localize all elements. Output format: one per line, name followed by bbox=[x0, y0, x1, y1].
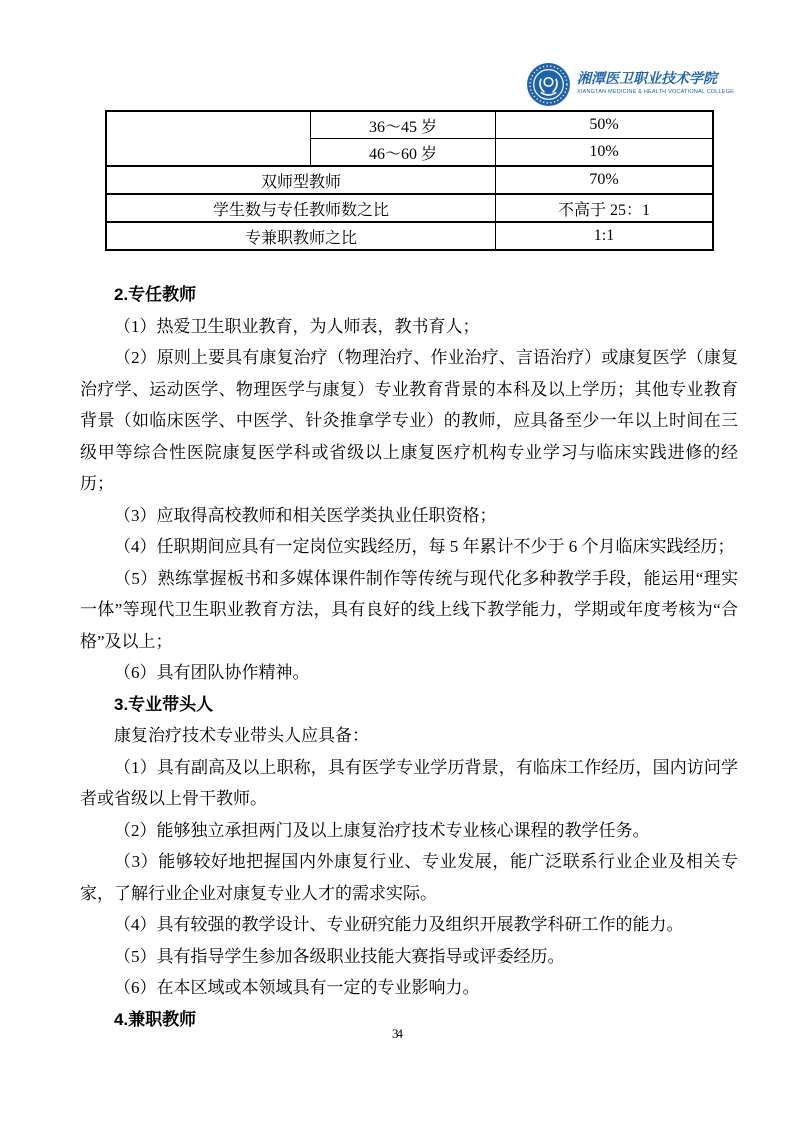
paragraph: （5）熟练掌握板书和多媒体课件制作等传统与现代化多种教学手段，能运用“理实一体”… bbox=[80, 563, 738, 658]
paragraph: （3）应取得高校教师和相关医学类执业任职资格； bbox=[80, 500, 738, 532]
college-emblem-icon bbox=[526, 62, 571, 107]
document-page: 湘潭医卫职业技术学院 XIANGTAN MEDICINE & HEALTH VO… bbox=[0, 0, 793, 1122]
age-value-cell: 50% bbox=[496, 111, 714, 139]
college-name-en: XIANGTAN MEDICINE & HEALTH VOCATIONAL CO… bbox=[577, 88, 734, 96]
section-heading-full-time-teachers: 2.专任教师 bbox=[80, 279, 738, 311]
paragraph: （4）具有较强的教学设计、专业研究能力及组织开展教学科研工作的能力。 bbox=[80, 909, 738, 941]
paragraph: （1）具有副高及以上职称，具有医学专业学历背景，有临床工作经历，国内访问学者或省… bbox=[80, 752, 738, 815]
section-heading-program-leader: 3.专业带头人 bbox=[80, 689, 738, 721]
paragraph: （4）任职期间应具有一定岗位实践经历，每 5 年累计不少于 6 个月临床实践经历… bbox=[80, 531, 738, 563]
document-body: 2.专任教师 （1）热爱卫生职业教育，为人师表，教书育人； （2）原则上要具有康… bbox=[0, 279, 793, 1035]
age-range-cell: 36～45 岁 bbox=[311, 111, 496, 139]
indicator-label-cell: 双师型教师 bbox=[106, 166, 496, 194]
table-row: 专兼职教师之比 1:1 bbox=[106, 222, 713, 250]
paragraph: （3）能够较好地把握国内外康复行业、专业发展，能广泛联系行业企业及相关专家，了解… bbox=[80, 846, 738, 909]
indicator-label-cell: 专兼职教师之比 bbox=[106, 222, 496, 250]
paragraph: （5）具有指导学生参加各级职业技能大赛指导或评委经历。 bbox=[80, 941, 738, 973]
table-row: 学生数与专任教师数之比 不高于 25：1 bbox=[106, 194, 713, 222]
table-row: 双师型教师 70% bbox=[106, 166, 713, 194]
paragraph: （6）具有团队协作精神。 bbox=[80, 657, 738, 689]
paragraph: （2）原则上要具有康复治疗（物理治疗、作业治疗、言语治疗）或康复医学（康复治疗学… bbox=[80, 342, 738, 500]
empty-category-cell bbox=[106, 111, 311, 166]
indicator-value-cell: 70% bbox=[496, 166, 714, 194]
age-value-cell: 10% bbox=[496, 139, 714, 167]
page-number: 34 bbox=[0, 1026, 793, 1042]
indicator-value-cell: 1:1 bbox=[496, 222, 714, 250]
indicator-value-cell: 不高于 25：1 bbox=[496, 194, 714, 222]
paragraph: （2）能够独立承担两门及以上康复治疗技术专业核心课程的教学任务。 bbox=[80, 815, 738, 847]
indicator-label-cell: 学生数与专任教师数之比 bbox=[106, 194, 496, 222]
paragraph: （6）在本区域或本领域具有一定的专业影响力。 bbox=[80, 972, 738, 1004]
college-name-zh: 湘潭医卫职业技术学院 bbox=[577, 72, 734, 88]
paragraph: 康复治疗技术专业带头人应具备： bbox=[80, 720, 738, 752]
college-name-block: 湘潭医卫职业技术学院 XIANGTAN MEDICINE & HEALTH VO… bbox=[577, 72, 734, 96]
teacher-requirements-table: 36～45 岁 50% 46～60 岁 10% 双师型教师 70% 学生数与专任… bbox=[105, 110, 714, 251]
age-range-cell: 46～60 岁 bbox=[311, 139, 496, 167]
college-logo: 湘潭医卫职业技术学院 XIANGTAN MEDICINE & HEALTH VO… bbox=[526, 60, 746, 108]
paragraph: （1）热爱卫生职业教育，为人师表，教书育人； bbox=[80, 311, 738, 343]
table-row: 36～45 岁 50% bbox=[106, 111, 713, 139]
